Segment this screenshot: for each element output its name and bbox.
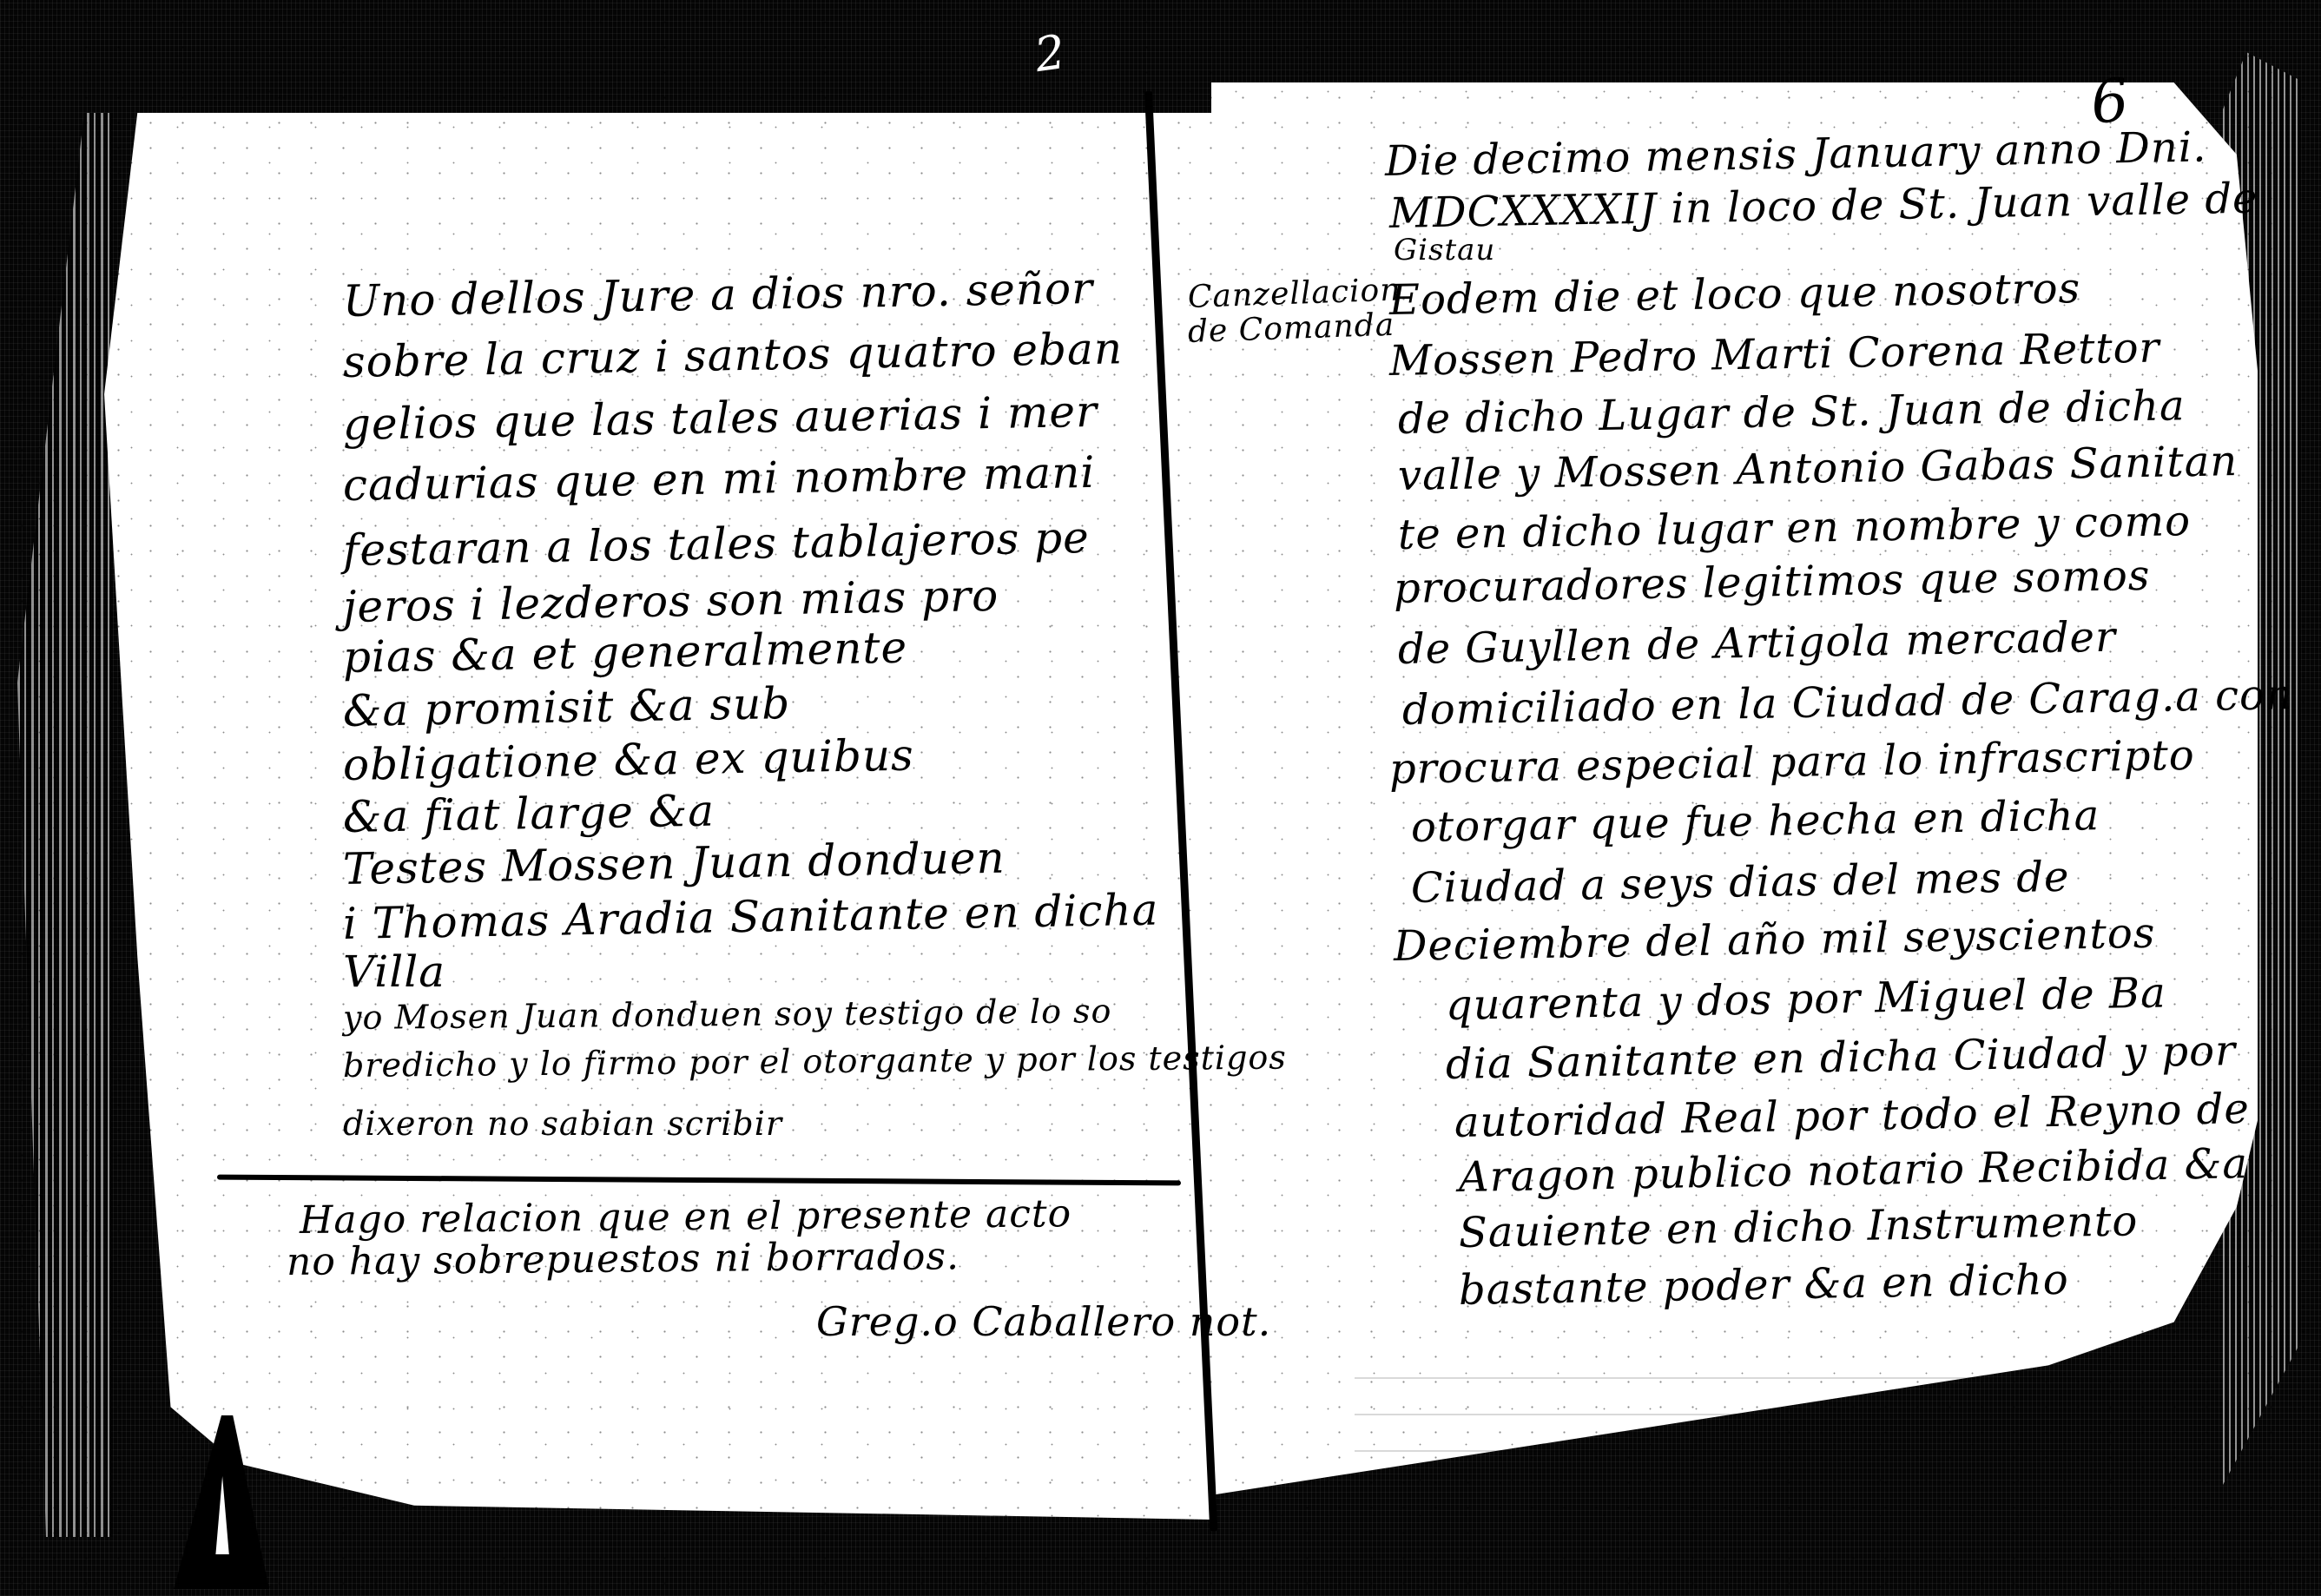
attestation-line: dixeron no sabian scribir	[343, 1105, 782, 1143]
text-line: Gistau	[1394, 233, 1495, 267]
text-line: &a fiat large &a	[342, 786, 715, 842]
text-line: Villa	[343, 946, 445, 997]
ink-bleed-through	[1355, 1372, 2093, 1467]
text-line: obligatione &a ex quibus	[342, 730, 914, 790]
book-spread: 2 6 Uno dellos Jure a dios nro. señor so…	[0, 0, 2321, 1596]
attestation-line: yo Mosen Juan donduen soy testigo de lo …	[343, 992, 1112, 1037]
text-line: pias &a et generalmente	[342, 623, 907, 683]
text-line: &a promisit &a sub	[342, 678, 790, 736]
margin-note-line: de Comanda	[1187, 307, 1395, 350]
erratum-line: no hay sobrepuestos ni borrados.	[287, 1234, 959, 1284]
signature-text: Greg.o Caballero not.	[816, 1298, 1271, 1345]
